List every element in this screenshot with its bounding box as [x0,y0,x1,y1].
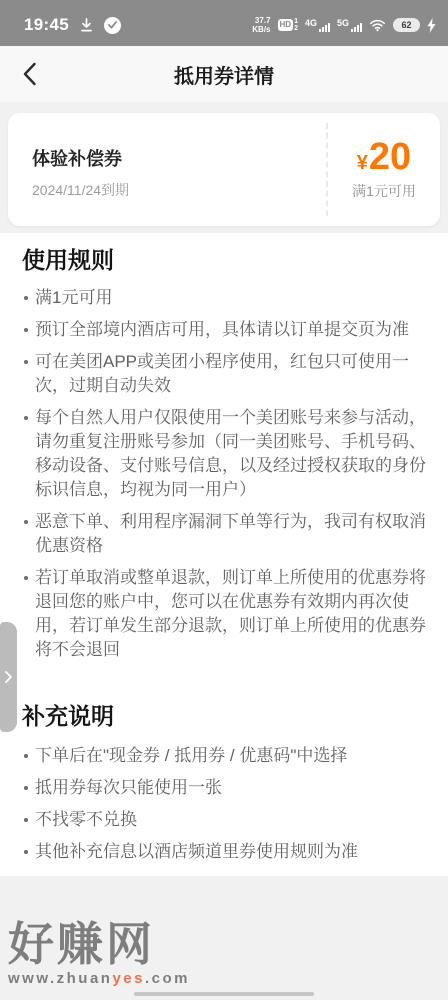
coupon-info: 体验补偿券 2024/11/24到期 [8,113,326,226]
watermark-logo-text: 好赚网 [8,921,190,967]
note-item: 抵用券每次只能使用一张 [22,776,426,800]
rule-item: 每个自然人用户仅限使用一个美团账号来参与活动，请勿重复注册账号参加（同一美团账号… [22,406,426,502]
hd-sim2: 2 [294,25,298,32]
volte-hd-icon: HD 1 2 [278,18,298,32]
back-button[interactable] [6,46,52,102]
network-speed-value: 37.7 [255,16,271,25]
signal-bars-icon [319,23,330,32]
battery-level: 62 [401,20,411,30]
note-item: 其他补充信息以酒店频道里券使用规则为准 [22,840,426,864]
note-item: 不找零不兑换 [22,808,426,832]
coupon-amount: ¥ 20 [357,138,411,176]
rule-item: 可在美团APP或美团小程序使用，红包只可使用一次，过期自动失效 [22,350,426,398]
coupon-section: 体验补偿券 2024/11/24到期 ¥ 20 满1元可用 [0,102,448,233]
hd-label: HD [278,19,294,31]
notes-title: 补充说明 [22,703,426,730]
coupon-value: ¥ 20 满1元可用 [328,113,440,226]
nav-bar: 抵用券详情 [0,46,448,102]
sim2-network-type: 5G [337,19,349,28]
hd-sim1: 1 [294,18,298,25]
note-item: 下单后在"现金券 / 抵用券 / 优惠码"中选择 [22,744,426,768]
download-icon [80,18,93,32]
home-indicator[interactable] [134,992,314,996]
status-bar-right: 37.7 KB/s HD 1 2 4G 5G [252,16,436,34]
chevron-left-icon [23,62,36,86]
rule-item: 预订全部境内酒店可用，具体请以订单提交页为准 [22,318,426,342]
watermark-url-suffix: .com [145,970,190,987]
status-bar-left: 19:45 [24,15,121,35]
amount-number: 20 [369,138,411,176]
battery-indicator: 62 [393,18,420,32]
rule-item: 恶意下单、利用程序漏洞下单等行为，我司有权取消优惠资格 [22,510,426,558]
sim2-signal: 5G [337,19,362,32]
network-speed-unit: KB/s [252,25,270,34]
footer: 好赚网 www.zhuanyes.com [0,876,448,1000]
network-speed: 37.7 KB/s [252,16,270,34]
sim1-signal: 4G [305,19,330,32]
rule-item: 若订单取消或整单退款，则订单上所使用的优惠券将退回您的账户中，您可以在优惠券有效… [22,566,426,662]
notes-list: 下单后在"现金券 / 抵用券 / 优惠码"中选择 抵用券每次只能使用一张 不找零… [22,744,426,864]
wifi-icon [369,18,386,32]
hd-sim-numbers: 1 2 [294,18,298,32]
signal-bars-icon [351,23,362,32]
rules-list: 满1元可用 预订全部境内酒店可用，具体请以订单提交页为准 可在美团APP或美团小… [22,286,426,662]
watermark: 好赚网 www.zhuanyes.com [8,921,190,987]
sim1-network-type: 4G [305,19,317,28]
side-panel-handle[interactable] [0,622,17,732]
watermark-url-prefix: www.zhuan [8,970,112,987]
rules-title: 使用规则 [22,247,426,274]
page-title: 抵用券详情 [174,60,274,89]
detail-content: 使用规则 满1元可用 预订全部境内酒店可用，具体请以订单提交页为准 可在美团AP… [0,233,448,876]
watermark-url-highlight: yes [112,970,145,987]
chevron-right-icon [5,671,12,683]
clock: 19:45 [24,15,69,35]
watermark-url: www.zhuanyes.com [8,970,190,987]
rule-item: 满1元可用 [22,286,426,310]
currency-symbol: ¥ [357,152,368,175]
charging-bolt-icon [427,18,436,33]
app-screen: 19:45 37.7 KB/s HD 1 2 4G [0,0,448,1000]
status-bar: 19:45 37.7 KB/s HD 1 2 4G [0,0,448,46]
coupon-name: 体验补偿券 [32,145,326,171]
coupon-expiry: 2024/11/24到期 [32,180,326,200]
coupon-card: 体验补偿券 2024/11/24到期 ¥ 20 满1元可用 [8,113,440,226]
check-icon [104,17,121,34]
coupon-condition: 满1元可用 [352,181,416,201]
